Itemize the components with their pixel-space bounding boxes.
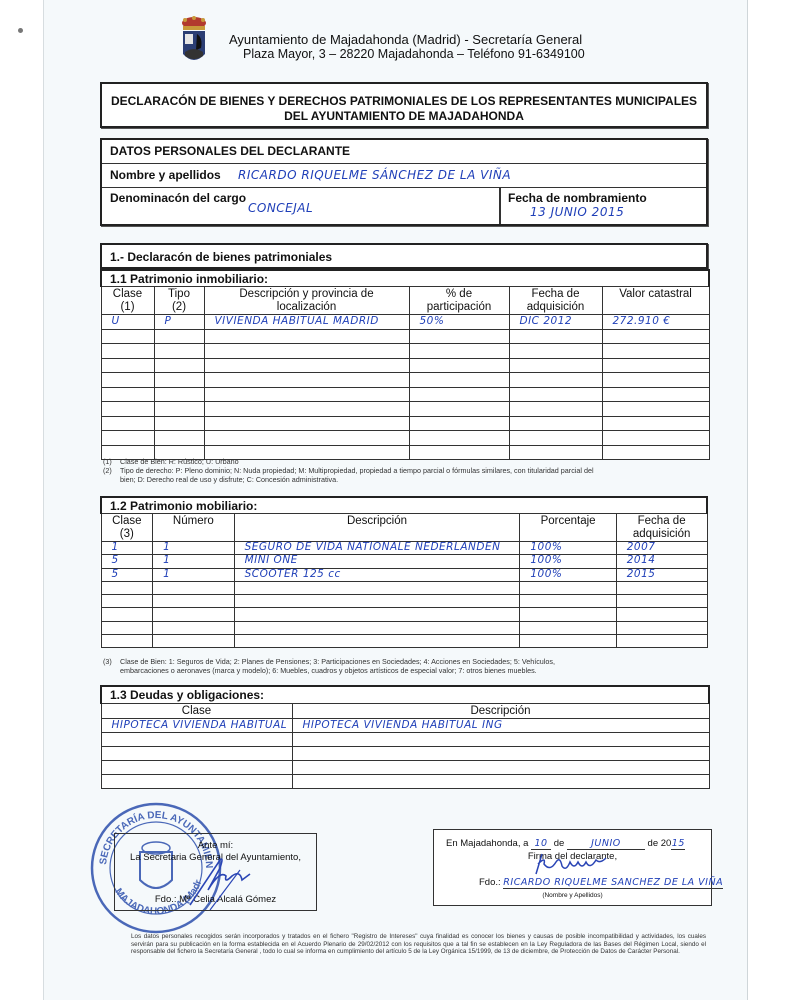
note-2-cont: bien; D: Derecho real de uso y disfrute;… — [103, 475, 594, 484]
table-cell[interactable] — [509, 329, 602, 344]
note-1: Clase de Bien: R: Rústico; U: Urbano — [120, 457, 239, 466]
table-cell[interactable] — [204, 416, 409, 431]
table-cell[interactable] — [409, 358, 509, 373]
table-cell[interactable]: 100% — [520, 568, 616, 581]
table-cell[interactable] — [509, 402, 602, 417]
table-cell[interactable]: SEGURO DE VIDA NATIONALE NEDERLANDEN — [234, 542, 520, 555]
cargo-divider — [499, 188, 501, 224]
table-cell[interactable] — [509, 387, 602, 402]
table-cell[interactable] — [234, 621, 520, 634]
inmobiliario-table: 1.1 Patrimonio inmobiliario: Clase(1)Tip… — [100, 269, 710, 460]
datos-personales-section: DATOS PERSONALES DEL DECLARANTE Nombre y… — [100, 138, 708, 226]
table-cell[interactable] — [101, 761, 292, 775]
table-row: 51SCOOTER 125 cc100%2015 — [101, 568, 707, 581]
nombre-field[interactable]: RICARDO RIQUELME SÁNCHEZ DE LA VIÑA — [238, 168, 511, 182]
table-cell[interactable]: 1 — [153, 542, 234, 555]
cargo-label: Denominacón del cargo — [110, 191, 246, 205]
table-row — [101, 761, 709, 775]
document-title: DECLARACÓN DE BIENES Y DERECHOS PATRIMON… — [100, 82, 708, 128]
nombre-apellidos-caption: (Nombre y Apellidos) — [434, 892, 711, 899]
table-cell[interactable]: VIVIENDA HABITUAL MADRID — [204, 315, 409, 330]
table-cell[interactable] — [204, 387, 409, 402]
column-header: Descripción — [292, 703, 709, 718]
table-cell[interactable] — [292, 761, 709, 775]
table-cell[interactable] — [154, 387, 204, 402]
table-cell[interactable] — [509, 358, 602, 373]
table-row — [101, 635, 707, 648]
column-header: Clase(1) — [101, 287, 154, 315]
table-cell[interactable] — [520, 595, 616, 608]
table-cell[interactable]: 272.910 € — [602, 315, 709, 330]
table-cell[interactable] — [153, 608, 234, 621]
table-cell[interactable] — [509, 431, 602, 446]
table-cell[interactable] — [616, 621, 707, 634]
table-cell[interactable] — [292, 775, 709, 789]
table-cell[interactable] — [292, 746, 709, 760]
table-cell[interactable] — [509, 373, 602, 388]
table-cell[interactable] — [101, 387, 154, 402]
table-cell[interactable] — [602, 387, 709, 402]
table-cell[interactable]: 2015 — [616, 568, 707, 581]
table-row — [101, 732, 709, 746]
deudas-table: 1.3 Deudas y obligaciones: ClaseDescripc… — [100, 685, 710, 789]
table-cell[interactable]: 1 — [153, 555, 234, 568]
mes-field[interactable]: JUNIO — [567, 838, 645, 850]
table-cell[interactable] — [101, 732, 292, 746]
table-cell[interactable] — [101, 608, 153, 621]
table-cell[interactable] — [101, 329, 154, 344]
table-cell[interactable] — [602, 344, 709, 359]
table-cell[interactable] — [520, 581, 616, 594]
table-cell[interactable] — [204, 431, 409, 446]
table-cell[interactable] — [409, 402, 509, 417]
cargo-row: Denominacón del cargo CONCEJAL Fecha de … — [102, 188, 706, 224]
inmobiliario-heading: 1.1 Patrimonio inmobiliario: — [101, 270, 709, 287]
table-row — [101, 373, 709, 388]
table-cell[interactable]: 2014 — [616, 555, 707, 568]
column-header: Valor catastral — [602, 287, 709, 315]
table-cell[interactable]: P — [154, 315, 204, 330]
table-cell[interactable]: 5 — [101, 568, 153, 581]
table-cell[interactable] — [153, 621, 234, 634]
table-cell[interactable] — [101, 358, 154, 373]
cargo-field[interactable]: CONCEJAL — [248, 201, 313, 215]
table-cell[interactable] — [616, 635, 707, 648]
table-cell[interactable] — [234, 595, 520, 608]
table-cell[interactable] — [234, 581, 520, 594]
anio-field[interactable]: 15 — [671, 838, 685, 850]
table-cell[interactable] — [602, 402, 709, 417]
header-line-2: Plaza Mayor, 3 – 28220 Majadahonda – Tel… — [243, 47, 585, 61]
scan-speck — [18, 28, 23, 33]
table-cell[interactable] — [509, 344, 602, 359]
table-cell[interactable] — [409, 329, 509, 344]
table-cell[interactable]: 50% — [409, 315, 509, 330]
table-cell[interactable] — [234, 635, 520, 648]
table-cell[interactable]: MINI ONE — [234, 555, 520, 568]
table-cell[interactable] — [602, 416, 709, 431]
table-cell[interactable] — [154, 416, 204, 431]
table-cell[interactable]: 100% — [520, 542, 616, 555]
table-cell[interactable] — [101, 775, 292, 789]
column-header: Descripción y provincia delocalización — [204, 287, 409, 315]
table-cell[interactable] — [520, 621, 616, 634]
table-cell[interactable]: U — [101, 315, 154, 330]
table-cell[interactable] — [204, 344, 409, 359]
declarante-signature-icon — [530, 850, 610, 876]
table-cell[interactable] — [409, 416, 509, 431]
lugar-fecha: En Majadahonda, a 10 de JUNIO de 2015 — [446, 838, 685, 850]
table-cell[interactable]: SCOOTER 125 cc — [234, 568, 520, 581]
mobiliario-table: 1.2 Patrimonio mobiliario: Clase(3)Númer… — [100, 496, 708, 648]
table-cell[interactable] — [154, 431, 204, 446]
table-cell[interactable] — [204, 373, 409, 388]
table-cell[interactable] — [409, 373, 509, 388]
table-row: 51MINI ONE100%2014 — [101, 555, 707, 568]
fdo-name-field[interactable]: RICARDO RIQUELME SANCHEZ DE LA VIÑA — [503, 877, 723, 889]
column-header: Fecha deadquisición — [509, 287, 602, 315]
table-row — [101, 775, 709, 789]
table-cell[interactable] — [101, 581, 153, 594]
secretaria-signature-icon — [180, 850, 270, 910]
table-cell[interactable] — [509, 416, 602, 431]
table-cell[interactable] — [101, 621, 153, 634]
column-header: Porcentaje — [520, 514, 616, 542]
table-cell[interactable] — [602, 373, 709, 388]
table-row — [101, 595, 707, 608]
table-row — [101, 581, 707, 594]
table-cell[interactable] — [409, 344, 509, 359]
table-cell[interactable] — [101, 746, 292, 760]
legal-notice: Los datos personales recogidos serán inc… — [131, 933, 706, 956]
table-cell[interactable] — [101, 416, 154, 431]
table-cell[interactable] — [616, 581, 707, 594]
table-row — [101, 358, 709, 373]
table-cell[interactable] — [154, 344, 204, 359]
table-cell[interactable] — [154, 329, 204, 344]
table-row — [101, 344, 709, 359]
header-line-1: Ayuntamiento de Majadahonda (Madrid) - S… — [229, 32, 582, 47]
table-cell[interactable]: 2007 — [616, 542, 707, 555]
note-2: Tipo de derecho: P: Pleno dominio; N: Nu… — [120, 466, 594, 475]
table-cell[interactable] — [602, 358, 709, 373]
table-cell[interactable] — [234, 608, 520, 621]
table-cell[interactable] — [520, 635, 616, 648]
table-cell[interactable] — [602, 445, 709, 460]
table-cell[interactable]: 100% — [520, 555, 616, 568]
table-cell[interactable] — [602, 329, 709, 344]
column-header: Clase — [101, 703, 292, 718]
table-cell[interactable] — [101, 402, 154, 417]
deudas-heading: 1.3 Deudas y obligaciones: — [101, 686, 709, 703]
table-cell[interactable] — [101, 635, 153, 648]
table-row: UPVIVIENDA HABITUAL MADRID50%DIC 2012272… — [101, 315, 709, 330]
table-cell[interactable] — [204, 402, 409, 417]
inmobiliario-notes: (1)Clase de Bien: R: Rústico; U: Urbano … — [103, 457, 594, 484]
table-cell[interactable]: 5 — [101, 555, 153, 568]
column-header: Fecha deadquisición — [616, 514, 707, 542]
table-cell[interactable] — [520, 608, 616, 621]
table-row — [101, 329, 709, 344]
datos-personales-heading: DATOS PERSONALES DEL DECLARANTE — [102, 140, 706, 164]
table-cell[interactable] — [101, 344, 154, 359]
section-1-heading: 1.- Declaracón de bienes patrimoniales — [100, 243, 708, 269]
table-row — [101, 746, 709, 760]
table-cell[interactable] — [409, 387, 509, 402]
table-row: 11SEGURO DE VIDA NATIONALE NEDERLANDEN10… — [101, 542, 707, 555]
nombre-label: Nombre y apellidos — [110, 168, 221, 182]
table-cell[interactable] — [292, 732, 709, 746]
table-cell[interactable] — [153, 635, 234, 648]
table-row — [101, 621, 707, 634]
table-cell[interactable] — [101, 595, 153, 608]
column-header: Clase(3) — [101, 514, 153, 542]
table-cell[interactable]: DIC 2012 — [509, 315, 602, 330]
title-line-2: DEL AYUNTAMIENTO DE MAJADAHONDA — [102, 109, 706, 124]
table-cell[interactable] — [101, 431, 154, 446]
table-row — [101, 431, 709, 446]
fecha-nombramiento-label: Fecha de nombramiento — [508, 191, 647, 205]
nombre-row: Nombre y apellidos RICARDO RIQUELME SÁNC… — [102, 164, 706, 188]
table-cell[interactable]: HIPOTECA VIVIENDA HABITUAL ING — [292, 718, 709, 732]
table-cell[interactable] — [153, 581, 234, 594]
table-cell[interactable]: 1 — [101, 542, 153, 555]
column-header: % departicipación — [409, 287, 509, 315]
table-cell[interactable] — [154, 373, 204, 388]
mobiliario-note: (3)Clase de Bien: 1: Seguros de Vida; 2:… — [103, 657, 555, 675]
table-cell[interactable] — [154, 358, 204, 373]
table-cell[interactable] — [154, 402, 204, 417]
title-line-1: DECLARACÓN DE BIENES Y DERECHOS PATRIMON… — [102, 94, 706, 109]
column-header: Descripción — [234, 514, 520, 542]
table-row — [101, 608, 707, 621]
table-cell[interactable] — [204, 329, 409, 344]
table-cell[interactable] — [101, 373, 154, 388]
table-cell[interactable] — [616, 608, 707, 621]
table-cell[interactable]: HIPOTECA VIVIENDA HABITUAL — [101, 718, 292, 732]
fdo-row: Fdo.: RICARDO RIQUELME SANCHEZ DE LA VIÑ… — [479, 877, 723, 889]
fecha-nombramiento-field[interactable]: 13 JUNIO 2015 — [530, 205, 624, 219]
coat-of-arms-icon — [179, 16, 209, 66]
table-cell[interactable] — [204, 358, 409, 373]
table-row — [101, 387, 709, 402]
column-header: Número — [153, 514, 234, 542]
table-row — [101, 402, 709, 417]
table-row — [101, 416, 709, 431]
table-cell[interactable] — [602, 431, 709, 446]
dia-field[interactable]: 10 — [531, 838, 551, 850]
mobiliario-heading: 1.2 Patrimonio mobiliario: — [101, 497, 707, 514]
table-row: HIPOTECA VIVIENDA HABITUALHIPOTECA VIVIE… — [101, 718, 709, 732]
table-cell[interactable] — [616, 595, 707, 608]
table-cell[interactable] — [153, 595, 234, 608]
table-cell[interactable]: 1 — [153, 568, 234, 581]
table-cell[interactable] — [409, 431, 509, 446]
column-header: Tipo(2) — [154, 287, 204, 315]
